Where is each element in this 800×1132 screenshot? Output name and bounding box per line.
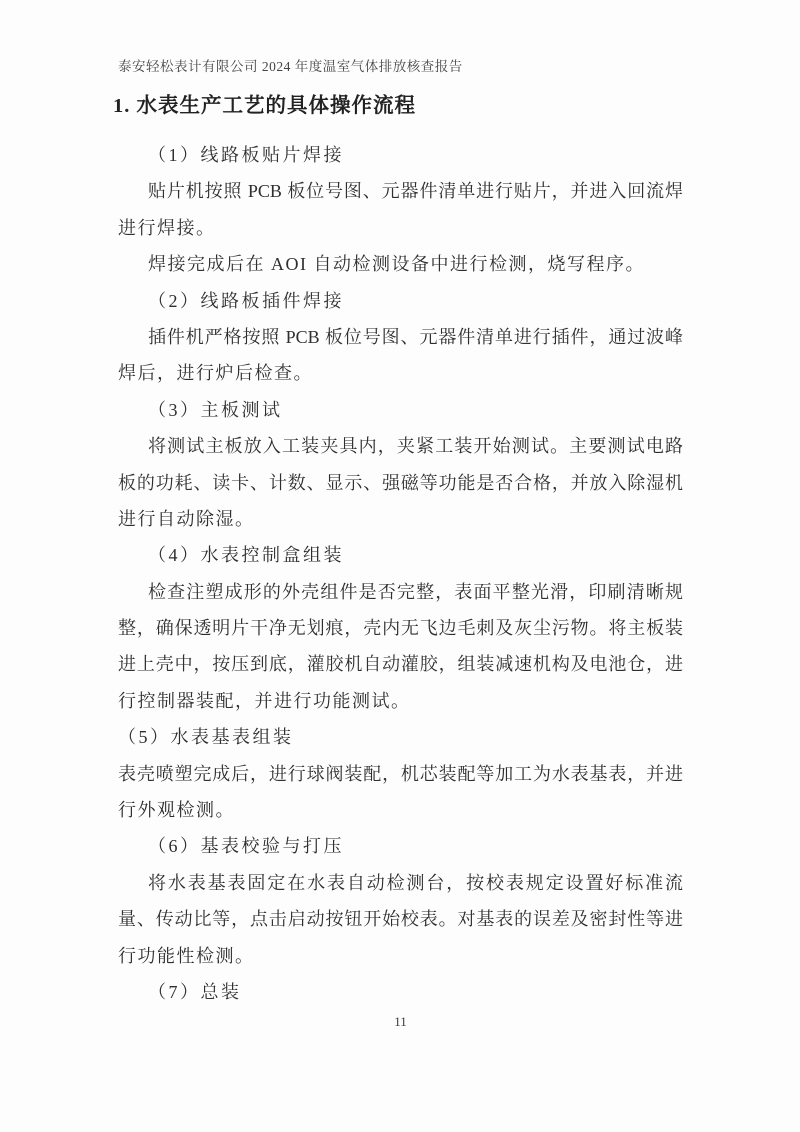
paragraph-line: 进行自动除湿。 — [118, 501, 683, 537]
paragraph-line: 焊接完成后在 AOI 自动检测设备中进行检测，烧写程序。 — [118, 246, 683, 282]
section-heading-line: （7）总装 — [118, 974, 683, 1010]
section-heading-line: （2）线路板插件焊接 — [118, 283, 683, 319]
page-title: 1. 水表生产工艺的具体操作流程 — [113, 88, 693, 118]
paragraph-line: 板的功耗、读卡、计数、显示、强磁等功能是否合格，并放入除湿机 — [118, 465, 683, 501]
paragraph-line: 行功能性检测。 — [118, 938, 683, 974]
paragraph-line: 行外观检测。 — [118, 792, 683, 828]
paragraph-line: 焊后，进行炉后检查。 — [118, 355, 683, 391]
page-number: 11 — [118, 1014, 683, 1030]
document-page: 泰安轻松表计有限公司 2024 年度温室气体排放核查报告 1. 水表生产工艺的具… — [0, 0, 800, 1132]
section-heading-line: （3）主板测试 — [118, 392, 683, 428]
section-heading-line: （6）基表校验与打压 — [118, 828, 683, 864]
paragraph-line: 表壳喷塑完成后，进行球阀装配，机芯装配等加工为水表基表，并进 — [118, 756, 683, 792]
paragraph-line: 进上壳中，按压到底，灌胶机自动灌胶，组装减速机构及电池仓，进 — [118, 646, 683, 682]
paragraph-line: 量、传动比等，点击启动按钮开始校表。对基表的误差及密封性等进 — [118, 901, 683, 937]
paragraph-line: 插件机严格按照 PCB 板位号图、元器件清单进行插件，通过波峰 — [118, 319, 683, 355]
document-body: （1）线路板贴片焊接贴片机按照 PCB 板位号图、元器件清单进行贴片，并进入回流… — [118, 137, 683, 1010]
paragraph-line: 将测试主板放入工装夹具内，夹紧工装开始测试。主要测试电路 — [118, 428, 683, 464]
paragraph-line: 将水表基表固定在水表自动检测台，按校表规定设置好标准流 — [118, 865, 683, 901]
paragraph-line: 进行焊接。 — [118, 210, 683, 246]
section-heading-line: （1）线路板贴片焊接 — [118, 137, 683, 173]
section-heading-line: （4）水表控制盒组装 — [118, 537, 683, 573]
paragraph-line: 检查注塑成形的外壳组件是否完整，表面平整光滑，印刷清晰规 — [118, 574, 683, 610]
paragraph-line: 整，确保透明片干净无划痕，壳内无飞边毛刺及灰尘污物。将主板装 — [118, 610, 683, 646]
section-heading-line: （5）水表基表组装 — [118, 719, 683, 755]
paragraph-line: 贴片机按照 PCB 板位号图、元器件清单进行贴片，并进入回流焊 — [118, 173, 683, 209]
paragraph-line: 行控制器装配，并进行功能测试。 — [118, 683, 683, 719]
page-header-text: 泰安轻松表计有限公司 2024 年度温室气体排放核查报告 — [118, 55, 683, 75]
